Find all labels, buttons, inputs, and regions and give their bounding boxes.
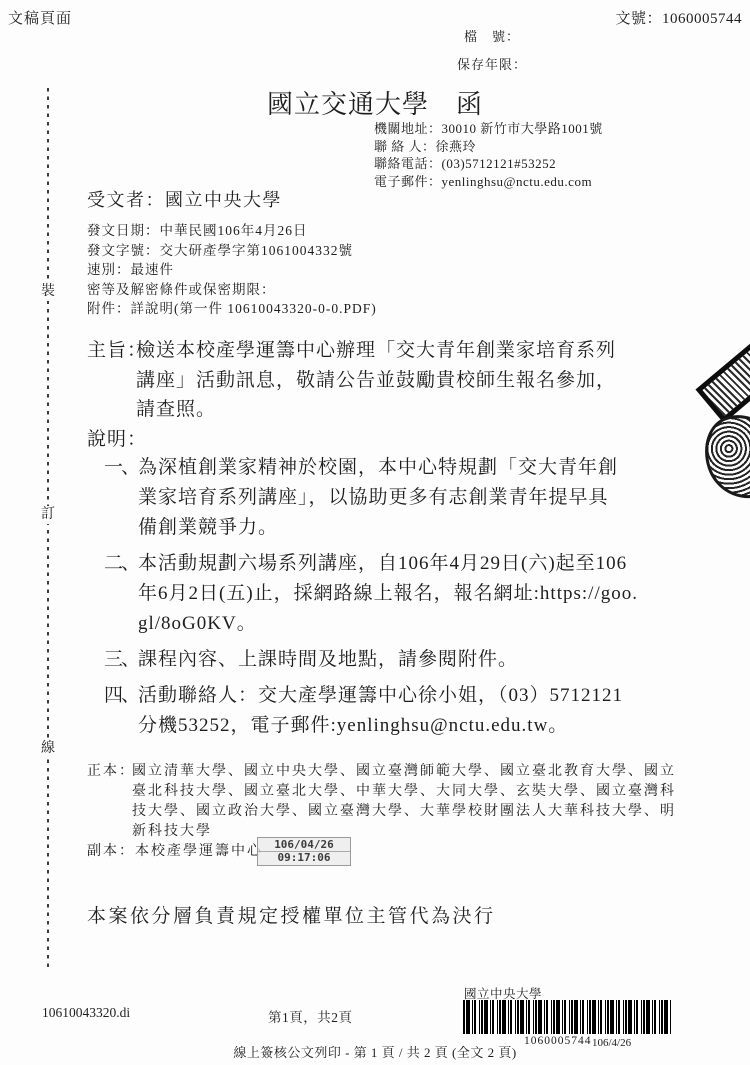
carbon-copy-label: 副本： xyxy=(87,844,135,859)
recipient-line: 受文者：國立中央大學 xyxy=(87,186,282,212)
priority-line: 速別：最速件 xyxy=(87,260,377,280)
item-line: gl/8oG0KV。 xyxy=(138,609,638,639)
document-meta-block: 發文日期：中華民國106年4月26日 發文字號：交大研產學字第106100433… xyxy=(87,221,377,319)
item-line: 本活動規劃六場系列講座，自106年4月29日(六)起至106 xyxy=(138,549,638,579)
item-number: 二、 xyxy=(104,549,138,579)
agency-email: 電子郵件：yenlinghsu@nctu.edu.com xyxy=(374,173,603,191)
barcode-number: 1060005744 xyxy=(524,1035,592,1047)
seal-fragment-icon xyxy=(694,405,750,509)
issue-date-line: 發文日期：中華民國106年4月26日 xyxy=(87,221,377,241)
original-copy-line: 新科技大學 xyxy=(132,822,676,842)
item-line: 為深植創業家精神於校園，本中心特規劃「交大青年創 xyxy=(138,453,638,483)
barcode-date: 106/4/26 xyxy=(592,1037,631,1049)
agency-contact-person: 聯 絡 人：徐燕玲 xyxy=(374,138,603,156)
attachment-line: 附件：詳說明(第一件 10610043320-0-0.PDF) xyxy=(87,299,377,319)
barcode xyxy=(463,1000,671,1034)
item-line: 備創業競爭力。 xyxy=(138,513,638,543)
original-copy-line: 國立清華大學、國立中央大學、國立臺灣師範大學、國立臺北教育大學、國立 xyxy=(132,762,676,782)
copies-block: 正本： 國立清華大學、國立中央大學、國立臺灣師範大學、國立臺北教育大學、國立 臺… xyxy=(87,762,676,862)
original-copy-label: 正本： xyxy=(87,762,135,782)
seal-fragment-icon xyxy=(695,337,750,423)
letter-title: 國立交通大學 函 xyxy=(0,84,750,121)
subject-line: 檢送本校產學運籌中心辦理「交大青年創業家培育系列 xyxy=(136,336,616,366)
item-number: 四、 xyxy=(104,681,138,711)
description-item-2: 二、 本活動規劃六場系列講座，自106年4月29日(六)起至106 年6月2日(… xyxy=(104,549,638,639)
carbon-copy-line: 副本：本校產學運籌中心 xyxy=(132,842,676,862)
agency-address: 機關地址：30010 新竹市大學路1001號 xyxy=(374,120,603,138)
official-letter-page: 文稿頁面 文號：1060005744 檔 號： 保存年限： 國立交通大學 函 機… xyxy=(0,0,750,1065)
carbon-copy-text: 本校產學運籌中心 xyxy=(135,844,263,859)
ref-number-line: 發文字號：交大研產學字第1061004332號 xyxy=(87,241,377,261)
footer-page-number: 第1頁，共2頁 xyxy=(268,1006,353,1026)
subject-label: 主旨： xyxy=(87,336,147,366)
description-label: 說明： xyxy=(87,424,147,451)
security-line: 密等及解密條件或保密期限： xyxy=(87,280,377,300)
item-number: 三、 xyxy=(104,645,138,675)
stamp-date: 106/04/26 xyxy=(258,839,350,851)
binding-dotted-line xyxy=(47,88,49,968)
item-number: 一、 xyxy=(104,453,138,483)
description-item-1: 一、 為深植創業家精神於校園，本中心特規劃「交大青年創 業家培育系列講座」，以協… xyxy=(104,453,638,543)
stamp-time: 09:17:06 xyxy=(258,851,350,864)
agency-info-block: 機關地址：30010 新竹市大學路1001號 聯 絡 人：徐燕玲 聯絡電話：(0… xyxy=(374,120,603,190)
received-timestamp-stamp: 106/04/26 09:17:06 xyxy=(257,837,351,866)
footer-print-info: 線上簽核公文列印 - 第 1 頁 / 共 2 頁 (全文 2 頁) xyxy=(0,1042,750,1061)
item-line: 年6月2日(五)止，採網路線上報名，報名網址:https://goo. xyxy=(138,579,638,609)
authorization-note: 本案依分層負責規定授權單位主管代為決行 xyxy=(87,901,496,928)
subject-line: 請查照。 xyxy=(136,395,616,425)
file-no-label: 檔 號： xyxy=(464,26,520,45)
binding-mark-ding: 訂 xyxy=(41,506,55,524)
official-seal-stamp xyxy=(702,350,750,515)
page-corner-label: 文稿頁面 xyxy=(8,7,72,28)
agency-phone: 聯絡電話：(03)5712121#53252 xyxy=(374,155,603,173)
description-item-3: 三、 課程內容、上課時間及地點，請參閱附件。 xyxy=(104,645,638,675)
description-items: 一、 為深植創業家精神於校園，本中心特規劃「交大青年創 業家培育系列講座」，以協… xyxy=(104,453,638,747)
doc-number: 文號：1060005744 xyxy=(615,7,742,28)
subject-paragraph: 主旨： 檢送本校產學運籌中心辦理「交大青年創業家培育系列 講座」活動訊息，敬請公… xyxy=(87,336,616,425)
original-copy-line: 技大學、國立政治大學、國立臺灣大學、大華學校財團法人大華科技大學、明 xyxy=(132,802,676,822)
binding-mark-xian: 線 xyxy=(41,740,55,758)
description-item-4: 四、 活動聯絡人：交大產學運籌中心徐小姐，（03）5712121 分機53252… xyxy=(104,681,638,741)
binding-mark-zhuang: 裝 xyxy=(41,283,55,301)
subject-line: 講座」活動訊息，敬請公告並鼓勵貴校師生報名參加， xyxy=(136,366,616,396)
footer-doc-id: 10610043320.di xyxy=(42,1005,130,1021)
retention-period-label: 保存年限： xyxy=(457,54,527,73)
original-copy-line: 臺北科技大學、國立臺北大學、中華大學、大同大學、玄奘大學、國立臺灣科 xyxy=(132,782,676,802)
item-line: 課程內容、上課時間及地點，請參閱附件。 xyxy=(138,645,638,675)
item-line: 業家培育系列講座」，以協助更多有志創業青年提早具 xyxy=(138,483,638,513)
item-line: 分機53252，電子郵件:yenlinghsu@nctu.edu.tw。 xyxy=(138,711,638,741)
item-line: 活動聯絡人：交大產學運籌中心徐小姐，（03）5712121 xyxy=(138,681,638,711)
